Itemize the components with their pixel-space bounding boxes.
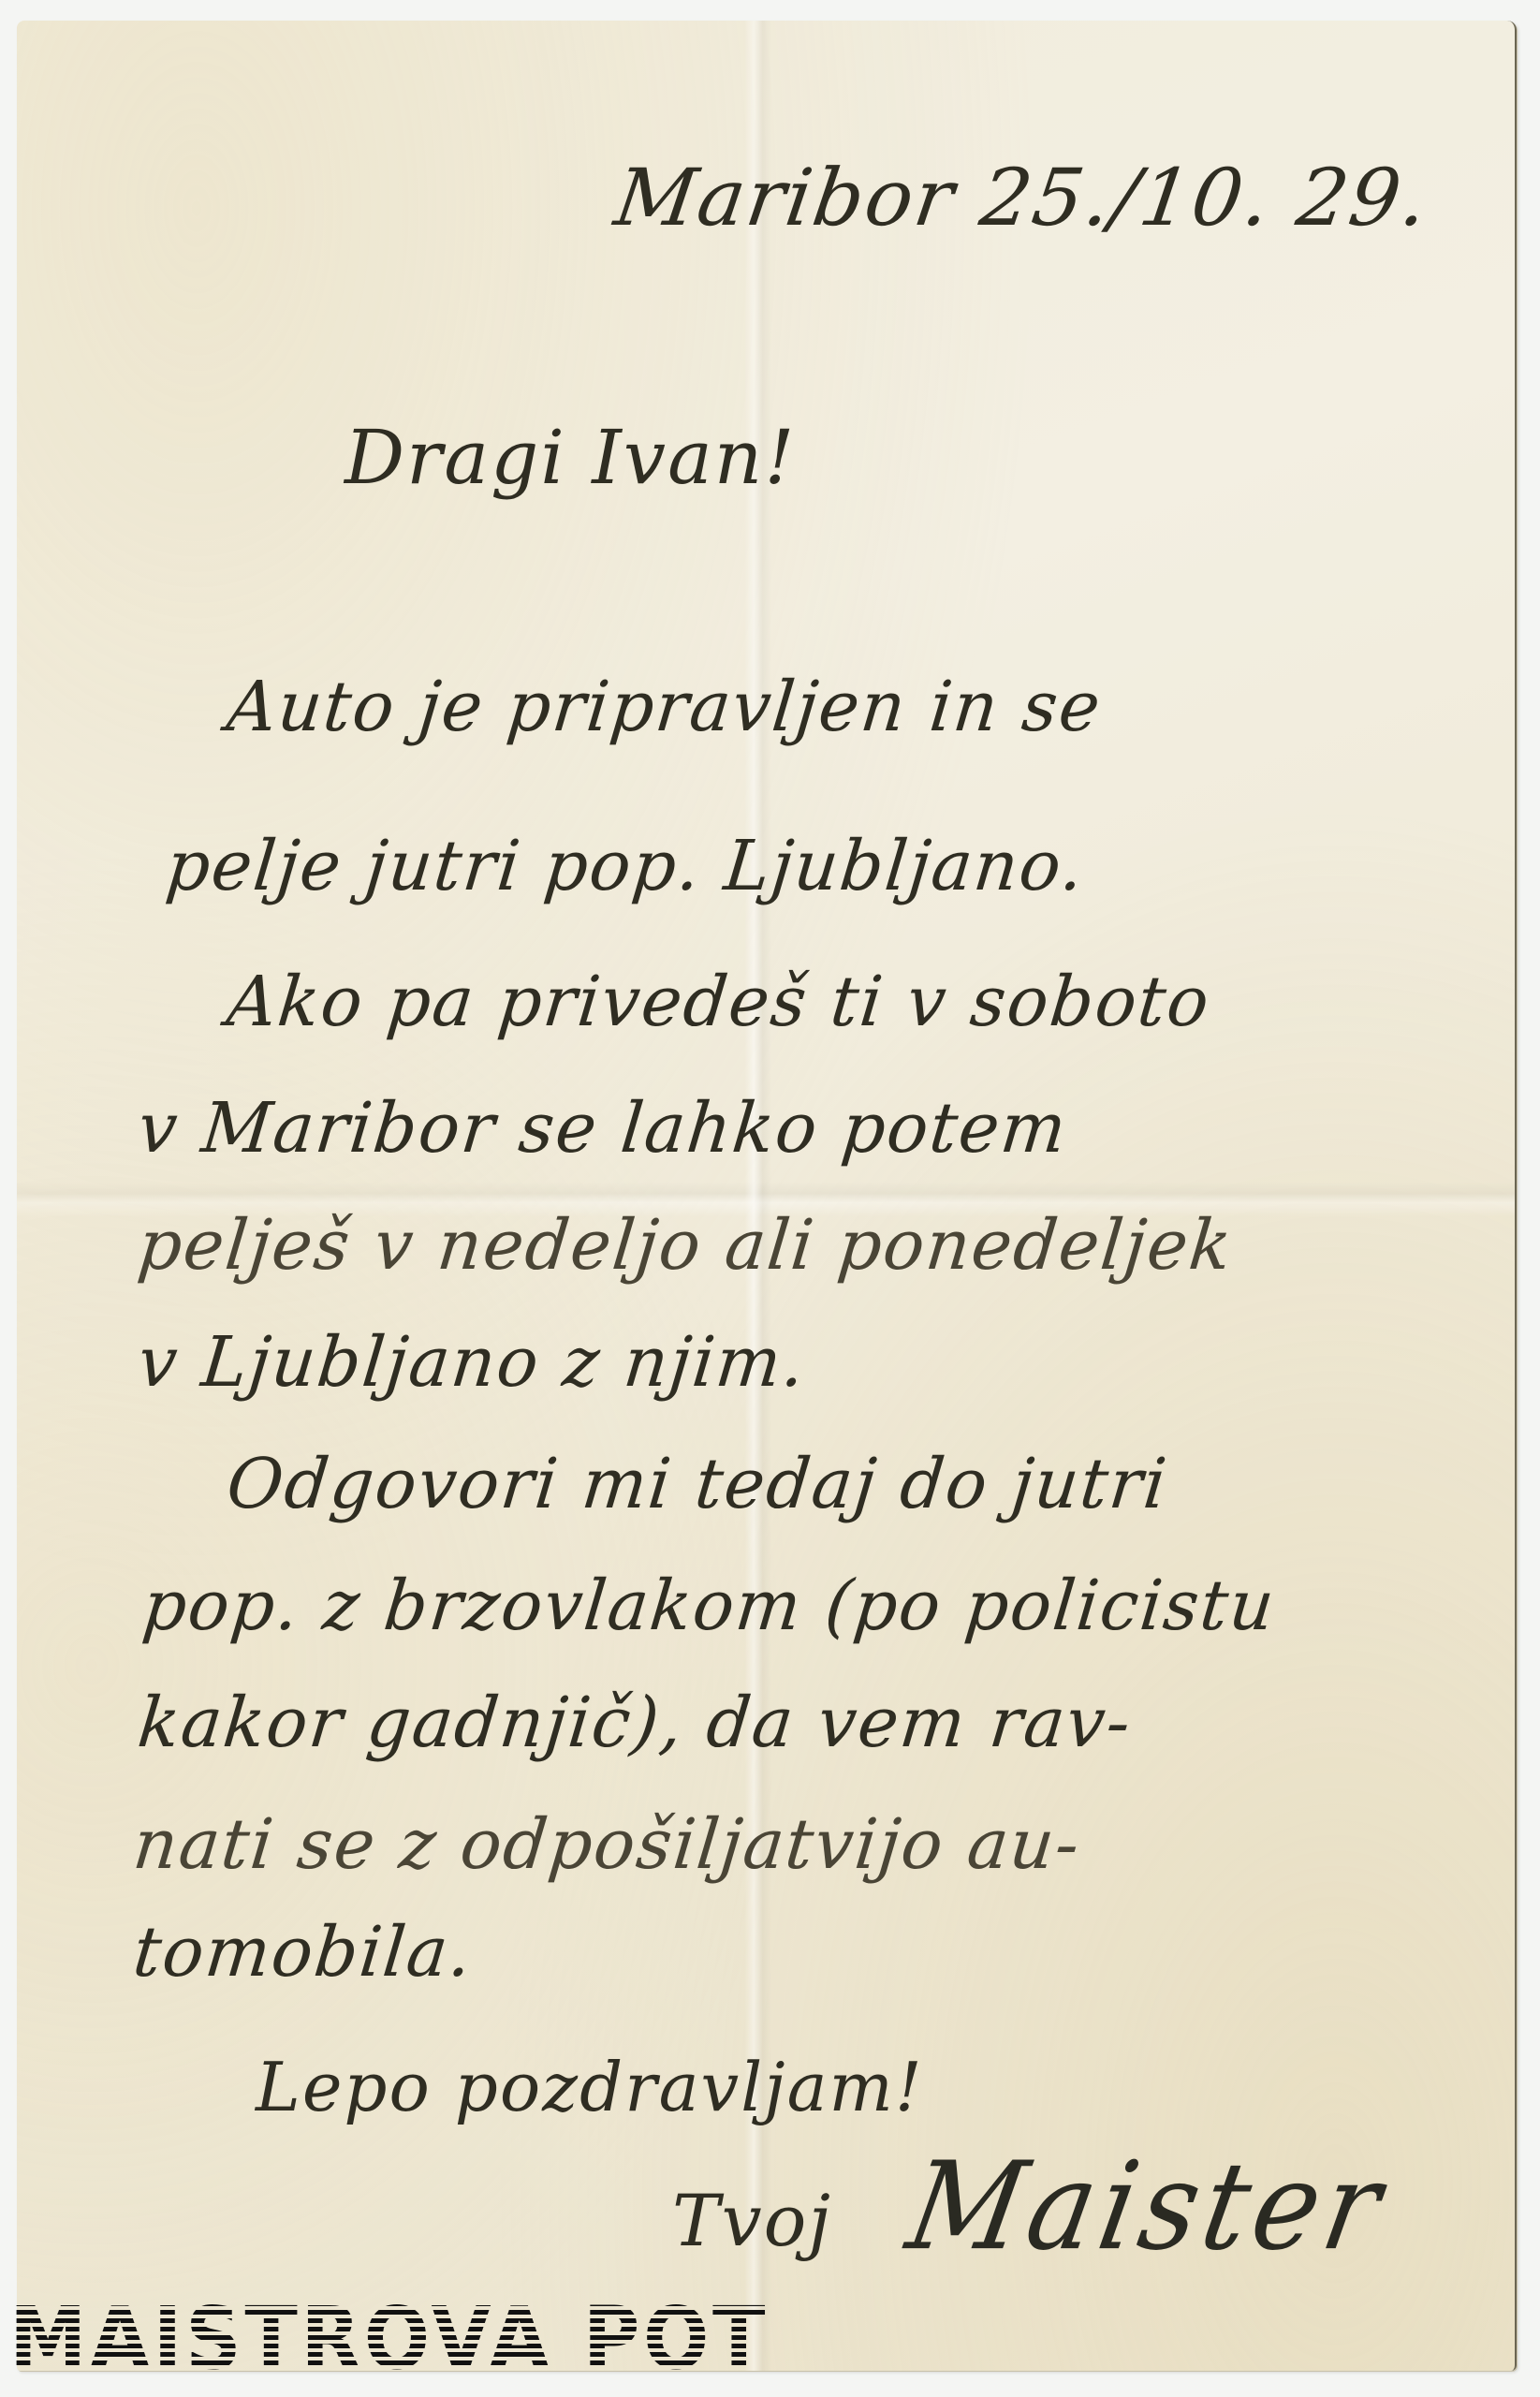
letter-signoff: Tvoj <box>672 2179 832 2262</box>
letter-salutation: Dragi Ivan! <box>345 414 796 501</box>
letter-closing: Lepo pozdravljam! <box>256 2048 924 2126</box>
watermark-logo: MAISTROVA POT <box>9 2301 769 2376</box>
letter-body-line: Odgovori mi tedaj do jutri <box>224 1444 1172 1524</box>
letter-paper: Maribor 25./10. 29. Dragi Ivan! Auto je … <box>17 21 1517 2371</box>
letter-body-line: pelje jutri pop. Ljubljano. <box>163 826 1089 906</box>
letter-body-line: pop. z brzovlakom (po policistu <box>139 1566 1280 1646</box>
letter-body-line: kakor gadnjič), da vem rav- <box>135 1683 1137 1763</box>
letter-body-line: v Ljubljano z njim. <box>135 1322 811 1403</box>
letter-body-line: tomobila. <box>130 1912 477 1993</box>
letter-place-date: Maribor 25./10. 29. <box>609 152 1435 243</box>
letter-body-line: Auto je pripravljen in se <box>224 667 1106 747</box>
signature: Maister <box>899 2135 1397 2277</box>
letter-body-line: nati se z odpošiljatvijo au- <box>130 1804 1085 1885</box>
letter-body-line: v Maribor se lahko potem <box>135 1088 1072 1169</box>
letter-body-line: Ako pa privedeš ti v soboto <box>224 962 1214 1042</box>
letter-body-line: pelješ v nedeljo ali ponedeljek <box>135 1205 1237 1286</box>
